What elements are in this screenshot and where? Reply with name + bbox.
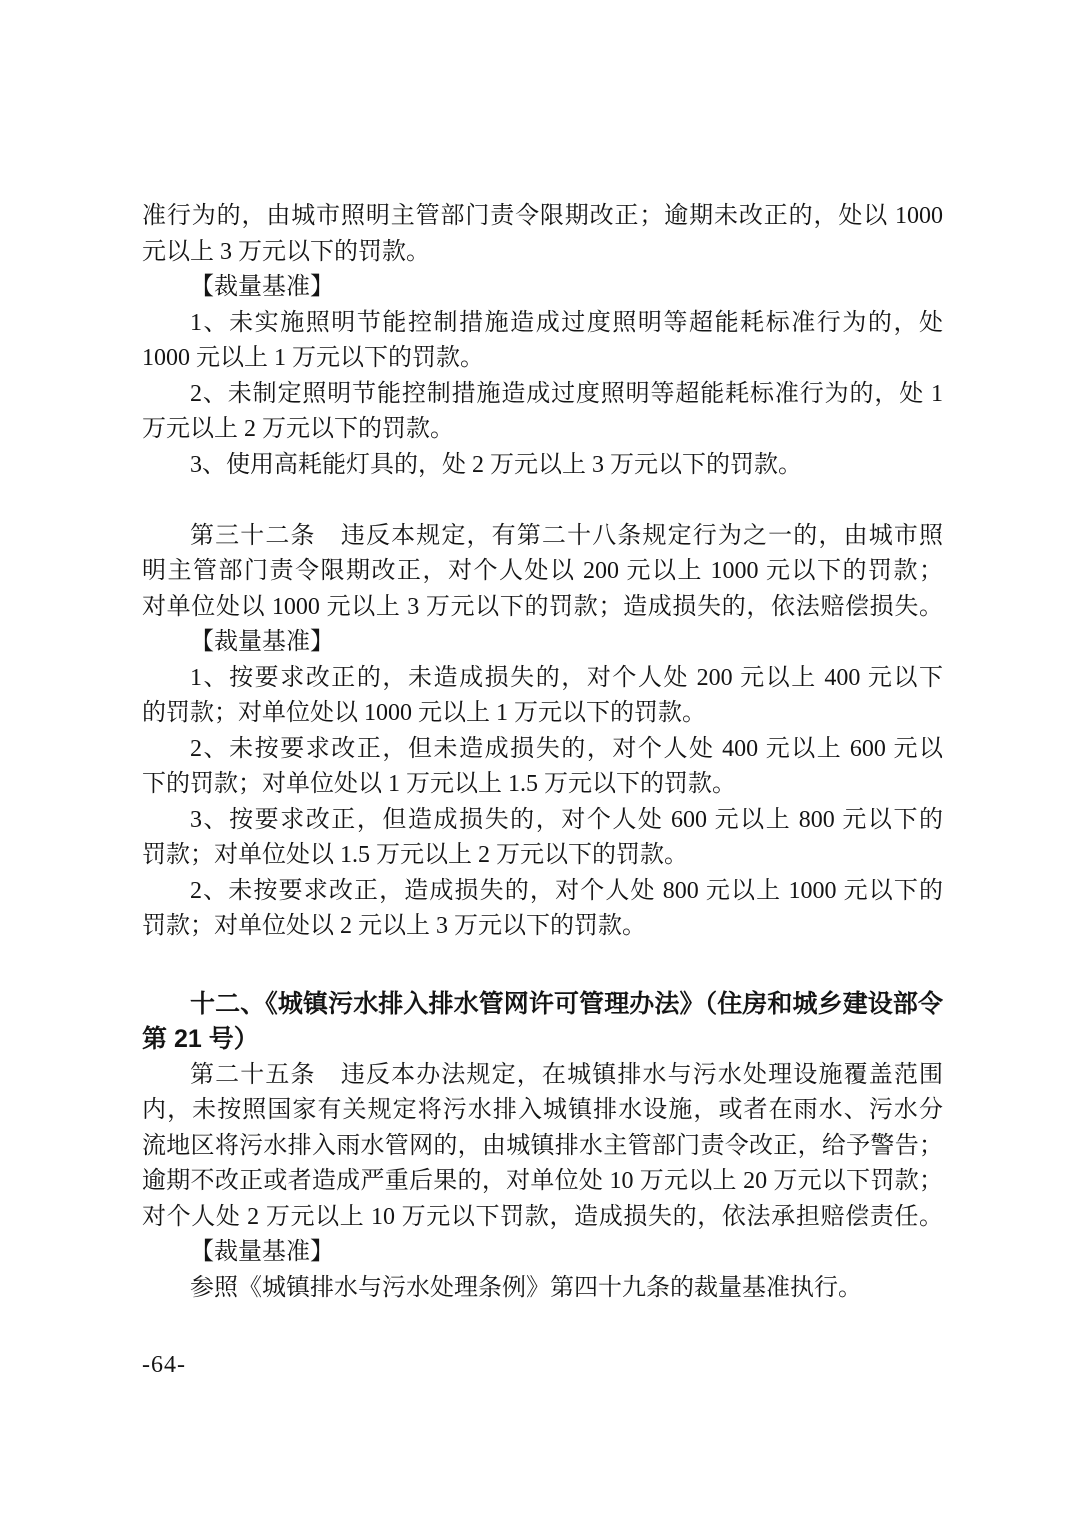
text-line: 准行为的，由城市照明主管部门责令限期改正；逾期未改正的，处以 1000 (142, 199, 943, 235)
text-line: 对个人处 2 万元以上 10 万元以下罚款，造成损失的，依法承担赔偿责任。 (142, 1200, 943, 1236)
text-line: 流地区将污水排入雨水管网的，由城镇排水主管部门责令改正，给予警告； (142, 1129, 943, 1165)
text-line: 第二十五条 违反本办法规定，在城镇排水与污水处理设施覆盖范围 (142, 1058, 943, 1094)
text-line: 1000 元以上 1 万元以下的罚款。 (142, 341, 943, 377)
section-heading-line: 第 21 号） (142, 1022, 943, 1058)
text-line: 1、按要求改正的，未造成损失的，对个人处 200 元以上 400 元以下 (142, 661, 943, 697)
document-page: 准行为的，由城市照明主管部门责令限期改正；逾期未改正的，处以 1000元以上 3… (0, 0, 1075, 1520)
page-number: -64- (142, 1350, 186, 1380)
text-line: 的罚款；对单位处以 1000 元以上 1 万元以下的罚款。 (142, 696, 943, 732)
text-line: 2、未按要求改正，造成损失的，对个人处 800 元以上 1000 元以下的 (142, 874, 943, 910)
text-line: 第三十二条 违反本规定，有第二十八条规定行为之一的，由城市照 (142, 519, 943, 555)
text-line: 3、按要求改正，但造成损失的，对个人处 600 元以上 800 元以下的 (142, 803, 943, 839)
text-line: 参照《城镇排水与污水处理条例》第四十九条的裁量基准执行。 (142, 1271, 943, 1307)
text-line: 2、未制定照明节能控制措施造成过度照明等超能耗标准行为的，处 1 (142, 377, 943, 413)
text-line: 内，未按照国家有关规定将污水排入城镇排水设施，或者在雨水、污水分 (142, 1093, 943, 1129)
section-gap (142, 945, 943, 987)
text-line: 逾期不改正或者造成严重后果的，对单位处 10 万元以上 20 万元以下罚款； (142, 1164, 943, 1200)
text-line: 1、未实施照明节能控制措施造成过度照明等超能耗标准行为的，处 (142, 306, 943, 342)
text-line: 罚款；对单位处以 1.5 万元以上 2 万元以下的罚款。 (142, 838, 943, 874)
text-line: 3、使用高耗能灯具的，处 2 万元以上 3 万元以下的罚款。 (142, 448, 943, 484)
text-line: 罚款；对单位处以 2 元以上 3 万元以下的罚款。 (142, 909, 943, 945)
text-line: 2、未按要求改正，但未造成损失的，对个人处 400 元以上 600 元以 (142, 732, 943, 768)
text-line: 明主管部门责令限期改正，对个人处以 200 元以上 1000 元以下的罚款； (142, 554, 943, 590)
text-line: 元以上 3 万元以下的罚款。 (142, 235, 943, 271)
section-heading-line: 十二、《城镇污水排入排水管网许可管理办法》（住房和城乡建设部令 (142, 987, 943, 1023)
text-line: 【裁量基准】 (142, 1235, 943, 1271)
text-line: 万元以上 2 万元以下的罚款。 (142, 412, 943, 448)
text-line: 对单位处以 1000 元以上 3 万元以下的罚款；造成损失的，依法赔偿损失。 (142, 590, 943, 626)
text-line: 【裁量基准】 (142, 270, 943, 306)
text-line: 下的罚款；对单位处以 1 万元以上 1.5 万元以下的罚款。 (142, 767, 943, 803)
document-lines: 准行为的，由城市照明主管部门责令限期改正；逾期未改正的，处以 1000元以上 3… (142, 199, 943, 1306)
text-line: 【裁量基准】 (142, 625, 943, 661)
blank-line (142, 483, 943, 519)
